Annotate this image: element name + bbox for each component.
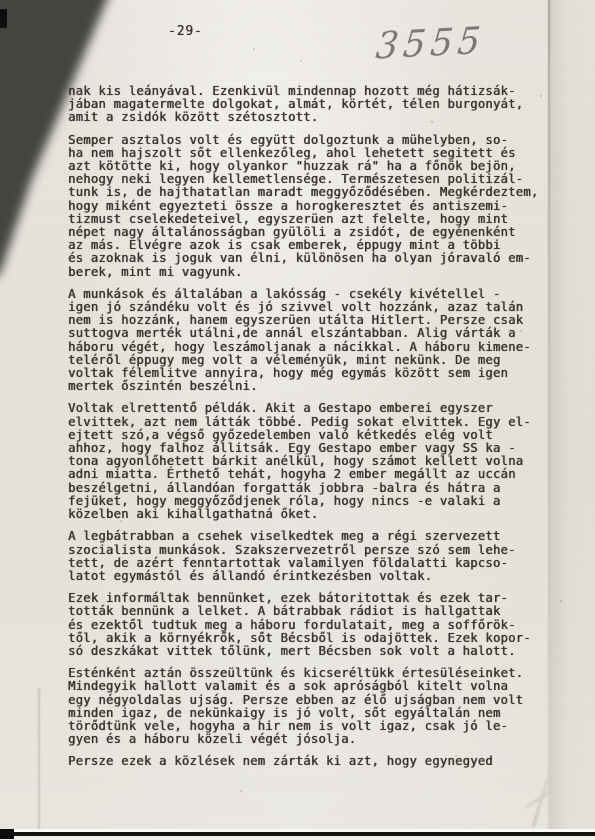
scan-specks [0,0,2,2]
bottom-left-blot [0,829,14,839]
scanned-page: -29- 3555 nak kis leányával. Ezenkivül m… [0,0,595,840]
paragraph: Semper asztalos volt és együtt dolgoztun… [68,134,552,279]
handwritten-number: 3555 [374,20,487,68]
paragraph: nak kis leányával. Ezenkivül mindennap h… [68,85,552,125]
bottom-edge-below [0,836,595,840]
page-edge-strip [550,0,595,834]
crease-bottom-left [38,688,40,830]
paragraph: A legbátrabban a csehek viselkedtek meg … [68,530,552,583]
paragraph: Esténként aztán összeültünk és kicserélt… [68,667,552,746]
page-number: -29- [168,24,203,39]
paragraph: Ezek informáltak bennünket, ezek bátorit… [68,592,552,658]
paragraph: Persze ezek a közlések nem zárták ki azt… [68,755,552,768]
paragraph: A munkások és általában a lakósság - cse… [68,288,552,394]
paragraph: Voltak elrettentő példák. Akit a Gestapo… [68,402,552,521]
scan-corner-blot [0,9,7,28]
document-text: nak kis leányával. Ezenkivül mindennap h… [68,85,552,778]
